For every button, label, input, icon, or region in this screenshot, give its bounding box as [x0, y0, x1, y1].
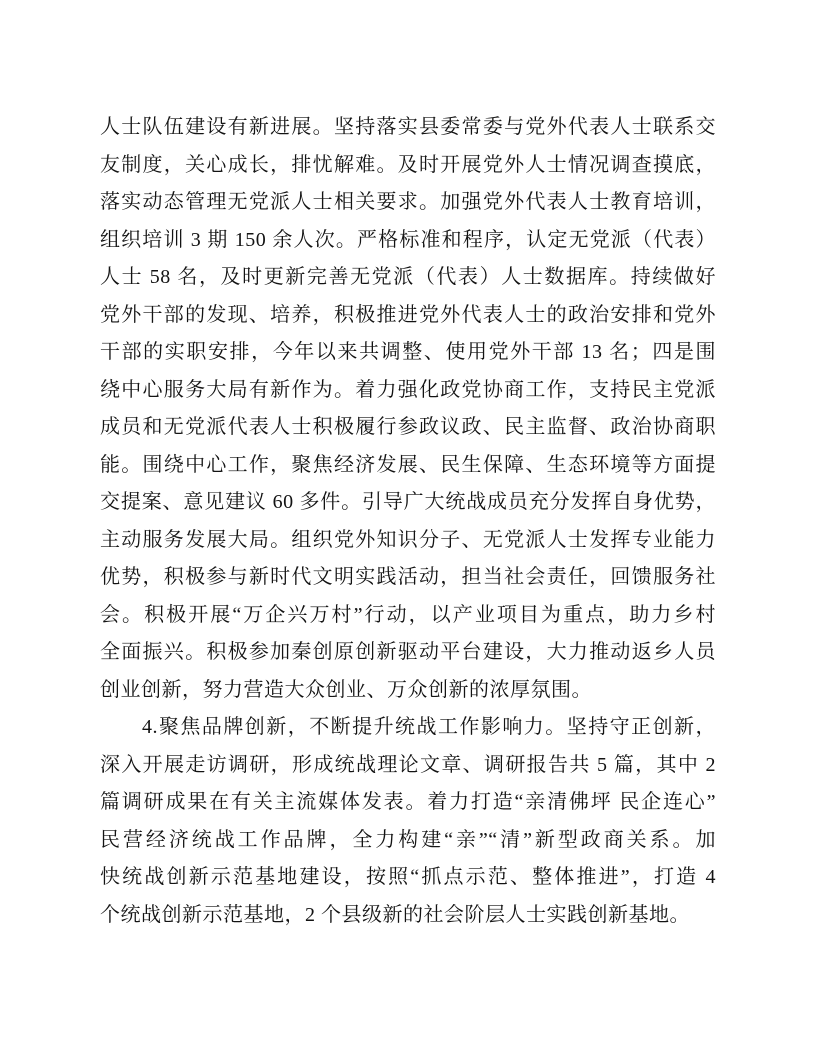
text-line: 深入开展走访调研，形成统战理论文章、调研报告共 5 篇，其中 2 [100, 747, 716, 785]
text-line: 主动服务发展大局。组织党外知识分子、无党派人士发挥专业能力 [100, 522, 716, 560]
text-line: 篇调研成果在有关主流媒体发表。着力打造“亲清佛坪 民企连心” [100, 784, 716, 822]
text-line: 全面振兴。积极参加秦创原创新驱动平台建设，大力推动返乡人员 [100, 634, 716, 672]
text-line: 创业创新，努力营造大众创业、万众创新的浓厚氛围。 [100, 672, 716, 710]
text-line: 人士队伍建设有新进展。坚持落实县委常委与党外代表人士联系交 [100, 109, 716, 147]
document-body: 人士队伍建设有新进展。坚持落实县委常委与党外代表人士联系交友制度，关心成长，排忧… [100, 109, 716, 934]
text-line: 人士 58 名，及时更新完善无党派（代表）人士数据库。持续做好 [100, 259, 716, 297]
text-line: 绕中心服务大局有新作为。着力强化政党协商工作，支持民主党派 [100, 372, 716, 410]
text-line: 交提案、意见建议 60 多件。引导广大统战成员充分发挥自身优势， [100, 484, 716, 522]
paragraph: 4.聚焦品牌创新，不断提升统战工作影响力。坚持守正创新，深入开展走访调研，形成统… [100, 709, 716, 934]
text-line: 会。积极开展“万企兴万村”行动，以产业项目为重点，助力乡村 [100, 597, 716, 635]
document-page: 人士队伍建设有新进展。坚持落实县委常委与党外代表人士联系交友制度，关心成长，排忧… [0, 0, 816, 1056]
text-line: 成员和无党派代表人士积极履行参政议政、民主监督、政治协商职 [100, 409, 716, 447]
text-line: 干部的实职安排，今年以来共调整、使用党外干部 13 名；四是围 [100, 334, 716, 372]
text-line: 4.聚焦品牌创新，不断提升统战工作影响力。坚持守正创新， [100, 709, 716, 747]
text-line: 优势，积极参与新时代文明实践活动，担当社会责任，回馈服务社 [100, 559, 716, 597]
paragraph: 人士队伍建设有新进展。坚持落实县委常委与党外代表人士联系交友制度，关心成长，排忧… [100, 109, 716, 709]
text-line: 能。围绕中心工作，聚焦经济发展、民生保障、生态环境等方面提 [100, 447, 716, 485]
text-line: 党外干部的发现、培养，积极推进党外代表人士的政治安排和党外 [100, 297, 716, 335]
text-line: 组织培训 3 期 150 余人次。严格标准和程序，认定无党派（代表） [100, 222, 716, 260]
text-line: 个统战创新示范基地，2 个县级新的社会阶层人士实践创新基地。 [100, 897, 716, 935]
text-line: 友制度，关心成长，排忧解难。及时开展党外人士情况调查摸底， [100, 147, 716, 185]
text-line: 快统战创新示范基地建设，按照“抓点示范、整体推进”，打造 4 [100, 859, 716, 897]
text-line: 民营经济统战工作品牌，全力构建“亲”“清”新型政商关系。加 [100, 822, 716, 860]
text-line: 落实动态管理无党派人士相关要求。加强党外代表人士教育培训， [100, 184, 716, 222]
